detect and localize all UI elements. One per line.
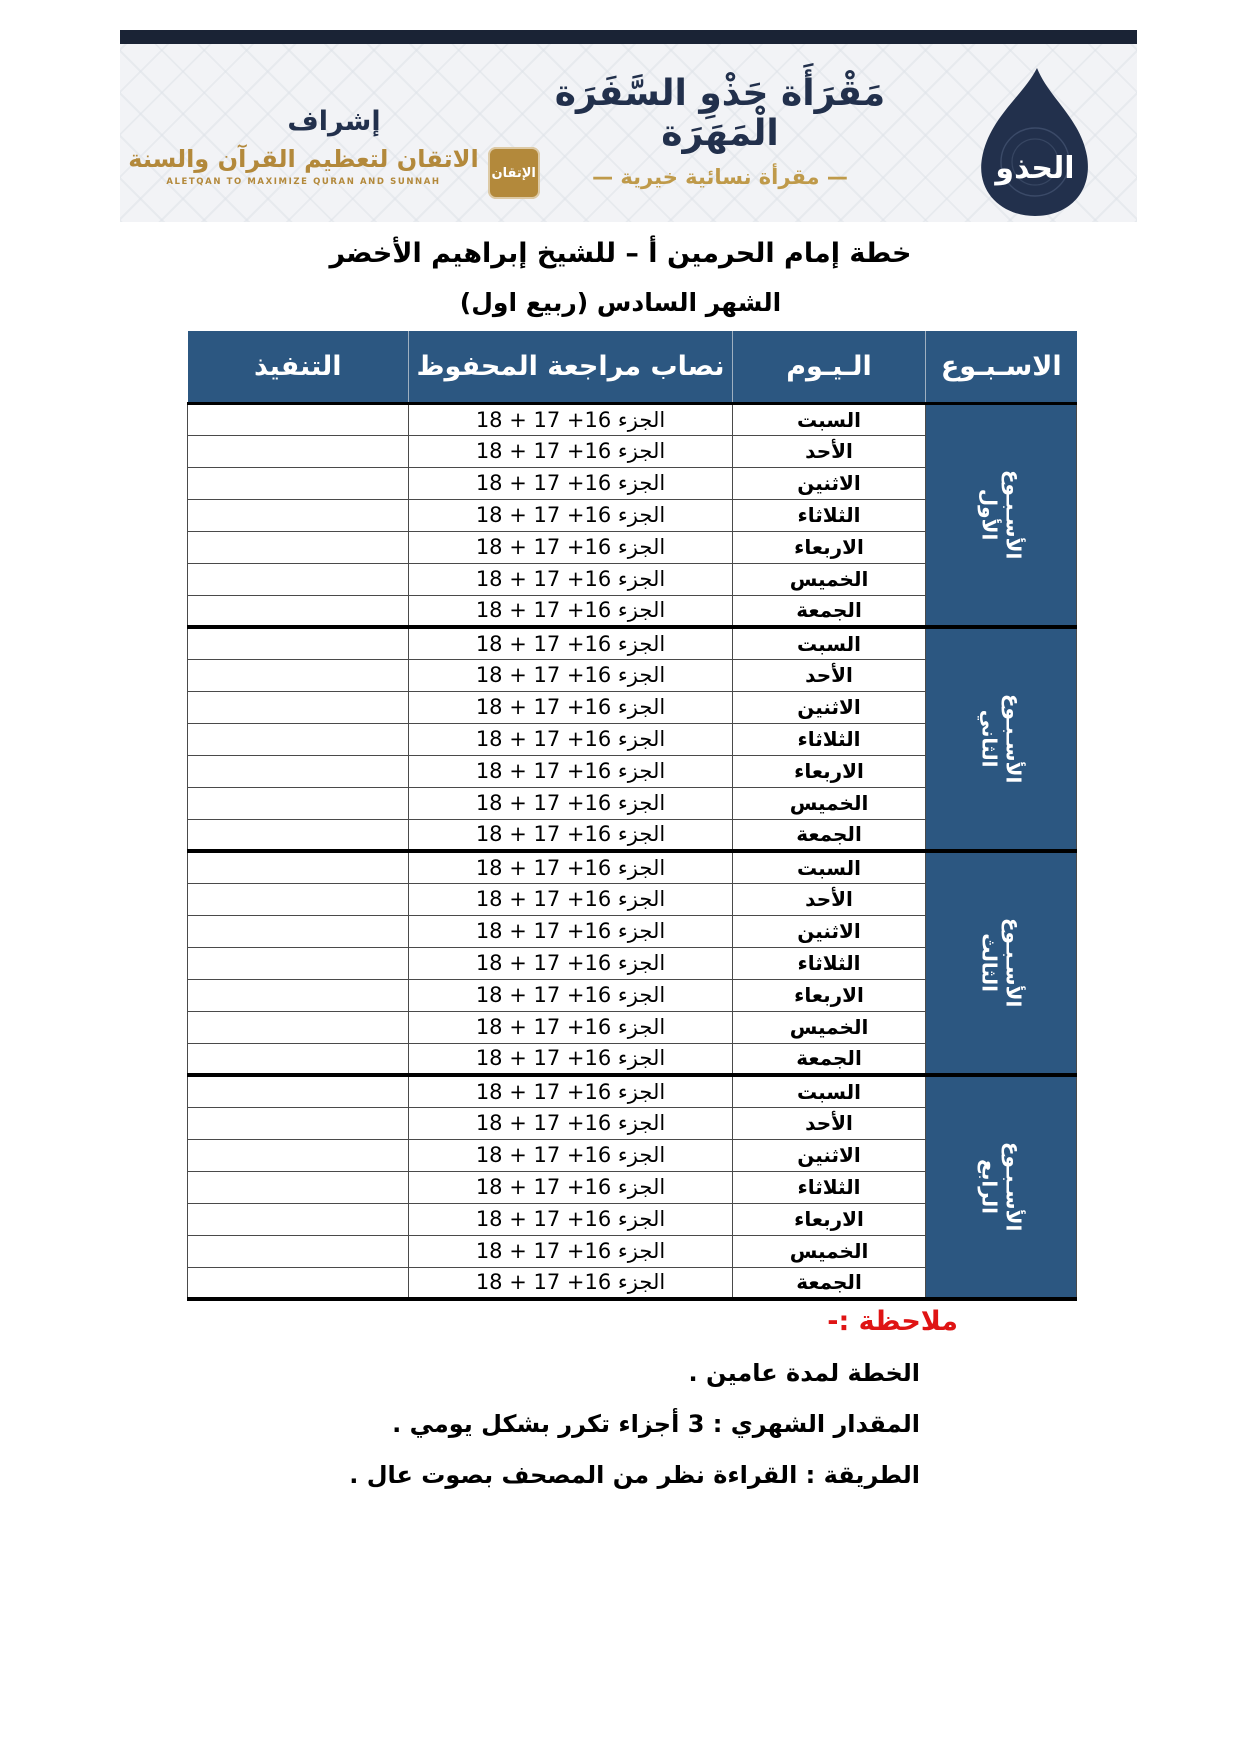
page-title: خطة إمام الحرمين أ – للشيخ إبراهيم الأخض… bbox=[0, 238, 1241, 269]
notes-section: ملاحظة :- الخطة لمدة عامين . المقدار الش… bbox=[349, 1305, 958, 1492]
day-cell: الاربعاء bbox=[733, 1203, 926, 1235]
day-cell: الجمعة bbox=[733, 819, 926, 851]
quota-cell: الجزء 16+ 17 + 18 bbox=[409, 531, 733, 563]
day-cell: السبت bbox=[733, 851, 926, 883]
execution-cell bbox=[188, 531, 409, 563]
col-header-week: الاسـبـوع bbox=[926, 331, 1077, 403]
quota-cell: الجزء 16+ 17 + 18 bbox=[409, 1043, 733, 1075]
week-cell: الأسـبـوعالأول bbox=[926, 403, 1077, 627]
aletqan-caption: ALETQAN TO MAXIMIZE QURAN AND SUNNAH bbox=[128, 177, 478, 187]
execution-cell bbox=[188, 1011, 409, 1043]
day-cell: الاربعاء bbox=[733, 755, 926, 787]
day-cell: الجمعة bbox=[733, 595, 926, 627]
table-body: الأسـبـوعالأولالسبتالجزء 16+ 17 + 18الأح… bbox=[188, 403, 1077, 1299]
execution-cell bbox=[188, 499, 409, 531]
execution-cell bbox=[188, 595, 409, 627]
day-cell: الأحد bbox=[733, 1107, 926, 1139]
day-cell: الخميس bbox=[733, 1011, 926, 1043]
quota-cell: الجزء 16+ 17 + 18 bbox=[409, 403, 733, 435]
execution-cell bbox=[188, 1235, 409, 1267]
execution-cell bbox=[188, 883, 409, 915]
header-row: الاسـبـوع الـيـوم نصاب مراجعة المحفوظ ال… bbox=[188, 331, 1077, 403]
execution-cell bbox=[188, 627, 409, 659]
week-label: الأسـبـوعالأول bbox=[977, 440, 1024, 590]
day-cell: الأحد bbox=[733, 659, 926, 691]
table-header: الاسـبـوع الـيـوم نصاب مراجعة المحفوظ ال… bbox=[188, 331, 1077, 403]
day-cell: الثلاثاء bbox=[733, 499, 926, 531]
page-subtitle: الشهر السادس (ربيع اول) bbox=[0, 288, 1241, 317]
table-row: الأسـبـوعالرابعالسبتالجزء 16+ 17 + 18 bbox=[188, 1075, 1077, 1107]
quota-cell: الجزء 16+ 17 + 18 bbox=[409, 627, 733, 659]
quota-cell: الجزء 16+ 17 + 18 bbox=[409, 691, 733, 723]
day-cell: الخميس bbox=[733, 563, 926, 595]
day-cell: الجمعة bbox=[733, 1043, 926, 1075]
quota-cell: الجزء 16+ 17 + 18 bbox=[409, 1171, 733, 1203]
col-header-day: الـيـوم bbox=[733, 331, 926, 403]
supervision-label: إشراف bbox=[144, 106, 524, 137]
banner-top-bar bbox=[120, 30, 1137, 44]
quota-cell: الجزء 16+ 17 + 18 bbox=[409, 1139, 733, 1171]
execution-cell bbox=[188, 467, 409, 499]
quota-cell: الجزء 16+ 17 + 18 bbox=[409, 595, 733, 627]
day-cell: الثلاثاء bbox=[733, 1171, 926, 1203]
quota-cell: الجزء 16+ 17 + 18 bbox=[409, 723, 733, 755]
note-item: المقدار الشهري : 3 أجزاء تكرر بشكل يومي … bbox=[349, 1408, 920, 1441]
day-cell: الاربعاء bbox=[733, 531, 926, 563]
execution-cell bbox=[188, 1075, 409, 1107]
quota-cell: الجزء 16+ 17 + 18 bbox=[409, 1107, 733, 1139]
aletqan-calligraphy: الاتقان لتعظيم القرآن والسنة bbox=[128, 147, 478, 172]
week-label: الأسـبـوعالثالث bbox=[977, 888, 1024, 1038]
header-banner: إشراف الإتقان الاتقان لتعظيم القرآن والس… bbox=[120, 30, 1137, 222]
week-cell: الأسـبـوعالرابع bbox=[926, 1075, 1077, 1299]
execution-cell bbox=[188, 1107, 409, 1139]
quota-cell: الجزء 16+ 17 + 18 bbox=[409, 755, 733, 787]
quota-cell: الجزء 16+ 17 + 18 bbox=[409, 883, 733, 915]
quota-cell: الجزء 16+ 17 + 18 bbox=[409, 659, 733, 691]
execution-cell bbox=[188, 787, 409, 819]
execution-cell bbox=[188, 1203, 409, 1235]
execution-cell bbox=[188, 403, 409, 435]
quota-cell: الجزء 16+ 17 + 18 bbox=[409, 1075, 733, 1107]
logo-mark-text: الحذو bbox=[993, 151, 1074, 186]
note-item: الطريقة : القراءة نظر من المصحف بصوت عال… bbox=[349, 1459, 920, 1492]
notes-heading: ملاحظة :- bbox=[349, 1305, 958, 1339]
day-cell: الاثنين bbox=[733, 467, 926, 499]
execution-cell bbox=[188, 1267, 409, 1299]
day-cell: الثلاثاء bbox=[733, 723, 926, 755]
quota-cell: الجزء 16+ 17 + 18 bbox=[409, 1235, 733, 1267]
quota-cell: الجزء 16+ 17 + 18 bbox=[409, 947, 733, 979]
execution-cell bbox=[188, 947, 409, 979]
quota-cell: الجزء 16+ 17 + 18 bbox=[409, 467, 733, 499]
table-row: الأسـبـوعالأولالسبتالجزء 16+ 17 + 18 bbox=[188, 403, 1077, 435]
execution-cell bbox=[188, 851, 409, 883]
week-label: الأسـبـوعالثاني bbox=[977, 664, 1024, 814]
quota-cell: الجزء 16+ 17 + 18 bbox=[409, 1011, 733, 1043]
execution-cell bbox=[188, 1139, 409, 1171]
quota-cell: الجزء 16+ 17 + 18 bbox=[409, 1267, 733, 1299]
quota-cell: الجزء 16+ 17 + 18 bbox=[409, 1203, 733, 1235]
day-cell: الاثنين bbox=[733, 691, 926, 723]
day-cell: السبت bbox=[733, 403, 926, 435]
organization-subtitle: — مقرأة نسائية خيرية — bbox=[550, 165, 890, 189]
week-label: الأسـبـوعالرابع bbox=[977, 1112, 1024, 1262]
execution-cell bbox=[188, 755, 409, 787]
aletqan-emblem-icon: الإتقان bbox=[488, 147, 540, 199]
col-header-quota: نصاب مراجعة المحفوظ bbox=[409, 331, 733, 403]
supervision-block: إشراف الإتقان الاتقان لتعظيم القرآن والس… bbox=[144, 106, 524, 199]
day-cell: الاربعاء bbox=[733, 979, 926, 1011]
execution-cell bbox=[188, 659, 409, 691]
document-page: { "banner": { "supervision_label": "إشرا… bbox=[0, 0, 1241, 1754]
organization-title-block: مَقْرَأَة حَذْوِ السَّفَرَة الْمَهَرَة —… bbox=[550, 74, 890, 189]
quota-cell: الجزء 16+ 17 + 18 bbox=[409, 499, 733, 531]
table-row: الأسـبـوعالثالثالسبتالجزء 16+ 17 + 18 bbox=[188, 851, 1077, 883]
organization-calligraphy: مَقْرَأَة حَذْوِ السَّفَرَة الْمَهَرَة bbox=[550, 74, 890, 155]
quota-cell: الجزء 16+ 17 + 18 bbox=[409, 563, 733, 595]
execution-cell bbox=[188, 915, 409, 947]
teardrop-logo-icon: الحذو bbox=[969, 66, 1101, 218]
col-header-execution: التنفيذ bbox=[188, 331, 409, 403]
execution-cell bbox=[188, 435, 409, 467]
quota-cell: الجزء 16+ 17 + 18 bbox=[409, 979, 733, 1011]
day-cell: الأحد bbox=[733, 435, 926, 467]
quota-cell: الجزء 16+ 17 + 18 bbox=[409, 851, 733, 883]
day-cell: الاثنين bbox=[733, 1139, 926, 1171]
quota-cell: الجزء 16+ 17 + 18 bbox=[409, 787, 733, 819]
day-cell: الخميس bbox=[733, 1235, 926, 1267]
execution-cell bbox=[188, 1171, 409, 1203]
note-item: الخطة لمدة عامين . bbox=[349, 1357, 920, 1390]
day-cell: الاثنين bbox=[733, 915, 926, 947]
execution-cell bbox=[188, 723, 409, 755]
organization-logo: الحذو bbox=[969, 66, 1101, 218]
week-cell: الأسـبـوعالثاني bbox=[926, 627, 1077, 851]
banner-body: إشراف الإتقان الاتقان لتعظيم القرآن والس… bbox=[120, 44, 1137, 222]
quota-cell: الجزء 16+ 17 + 18 bbox=[409, 435, 733, 467]
day-cell: الأحد bbox=[733, 883, 926, 915]
quota-cell: الجزء 16+ 17 + 18 bbox=[409, 819, 733, 851]
execution-cell bbox=[188, 819, 409, 851]
day-cell: السبت bbox=[733, 627, 926, 659]
day-cell: الثلاثاء bbox=[733, 947, 926, 979]
execution-cell bbox=[188, 979, 409, 1011]
execution-cell bbox=[188, 691, 409, 723]
table-row: الأسـبـوعالثانيالسبتالجزء 16+ 17 + 18 bbox=[188, 627, 1077, 659]
day-cell: الجمعة bbox=[733, 1267, 926, 1299]
quota-cell: الجزء 16+ 17 + 18 bbox=[409, 915, 733, 947]
week-cell: الأسـبـوعالثالث bbox=[926, 851, 1077, 1075]
execution-cell bbox=[188, 1043, 409, 1075]
execution-cell bbox=[188, 563, 409, 595]
day-cell: السبت bbox=[733, 1075, 926, 1107]
day-cell: الخميس bbox=[733, 787, 926, 819]
weekly-plan-table: الاسـبـوع الـيـوم نصاب مراجعة المحفوظ ال… bbox=[187, 331, 1077, 1301]
